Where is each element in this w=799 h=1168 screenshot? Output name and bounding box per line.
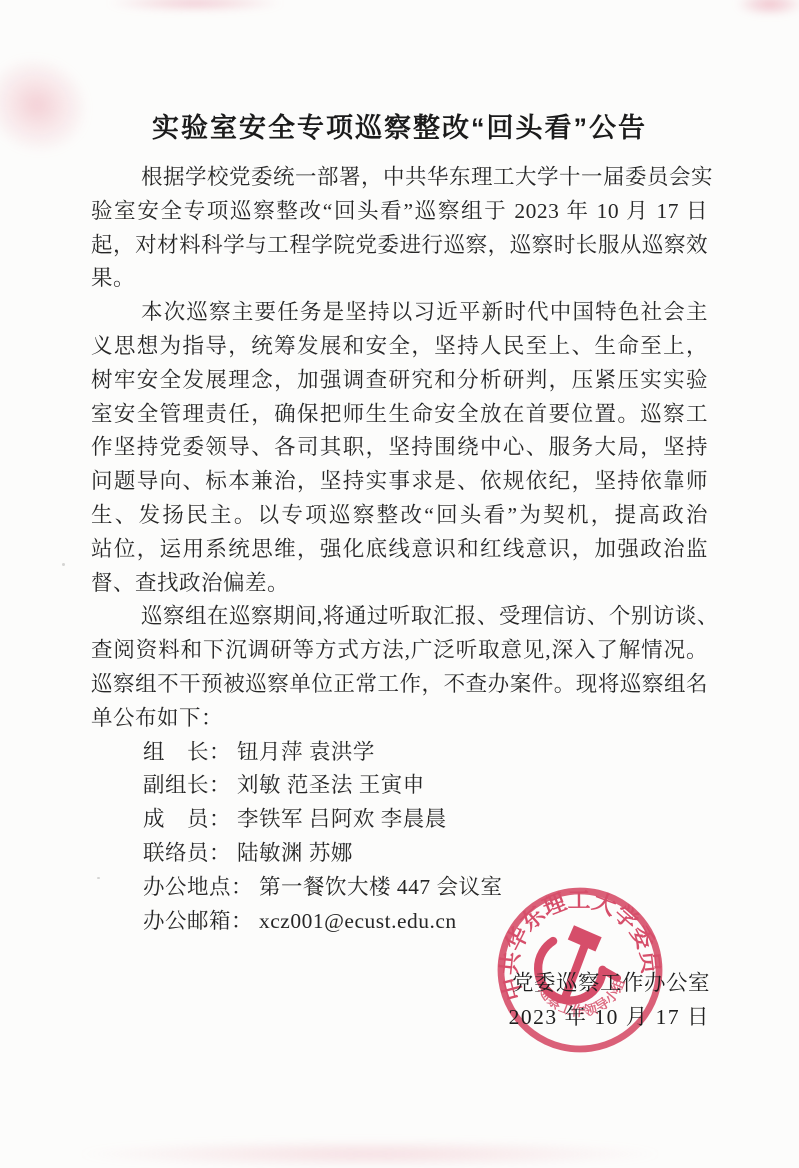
scan-smudge	[0, 36, 108, 173]
roster-value: 李铁军 吕阿欢 李晨晨	[237, 807, 447, 831]
body-line: 巡察组在巡察期间,将通过听取汇报、受理信访、个别访谈、	[91, 600, 708, 634]
document-body: 根据学校党委统一部署，中共华东理工大学十一届委员会实 验室安全专项巡察整改“回头…	[91, 161, 708, 938]
body-line: 根据学校党委统一部署，中共华东理工大学十一届委员会实	[91, 161, 708, 195]
roster-label: 副组长：	[143, 773, 231, 797]
roster-value: 陆敏渊 苏娜	[237, 841, 353, 865]
signature-date: 2023 年 10 月 17 日	[509, 1000, 710, 1034]
body-line: 果。	[91, 262, 708, 296]
roster-label: 组 长：	[143, 740, 231, 764]
roster-row: 成 员：李铁军 吕阿欢 李晨晨	[91, 803, 708, 837]
body-line: 巡察组不干预被巡察单位正常工作，不查办案件。现将巡察组名	[91, 668, 708, 702]
roster-label: 办公邮箱：	[143, 909, 253, 933]
roster-value: 钮月萍 袁洪学	[237, 740, 375, 764]
body-line: 单公布如下：	[91, 702, 708, 736]
signature-block: 党委巡察工作办公室 2023 年 10 月 17 日	[509, 966, 710, 1034]
roster-row: 副组长：刘敏 范圣法 王寅申	[91, 769, 708, 803]
body-line: 问题导向、标本兼治，坚持实事求是、依规依纪，坚持依靠师	[91, 465, 708, 499]
body-line: 站位，运用系统思维，强化底线意识和红线意识，加强政治监	[91, 533, 708, 567]
scan-smudge	[105, 0, 285, 12]
roster-value: xcz001@ecust.edu.cn	[259, 909, 457, 933]
body-line: 起，对材料科学与工程学院党委进行巡察，巡察时长服从巡察效	[91, 229, 708, 263]
roster-label: 成 员：	[143, 807, 231, 831]
signature-office: 党委巡察工作办公室	[509, 966, 710, 1000]
roster-label: 联络员：	[143, 841, 231, 865]
body-line: 本次巡察主要任务是坚持以习近平新时代中国特色社会主	[91, 296, 708, 330]
scan-smudge	[735, 0, 799, 16]
body-line: 查阅资料和下沉调研等方式方法,广泛听取意见,深入了解情况。	[91, 634, 708, 668]
roster-value: 刘敏 范圣法 王寅申	[237, 773, 425, 797]
body-line: 生、发扬民主。以专项巡察整改“回头看”为契机，提高政治	[91, 499, 708, 533]
scanned-document-page: 实验室安全专项巡察整改“回头看”公告 根据学校党委统一部署，中共华东理工大学十一…	[0, 0, 799, 1168]
roster-label: 办公地点：	[143, 875, 253, 899]
body-line: 义思想为指导，统筹发展和安全，坚持人民至上、生命至上，	[91, 330, 708, 364]
body-line: 验室安全专项巡察整改“回头看”巡察组于 2023 年 10 月 17 日	[91, 195, 708, 229]
body-line: 室安全管理责任，确保把师生生命安全放在首要位置。巡察工	[91, 398, 708, 432]
document-title: 实验室安全专项巡察整改“回头看”公告	[91, 110, 708, 146]
body-line: 督、查找政治偏差。	[91, 567, 708, 601]
body-paragraph-lines: 根据学校党委统一部署，中共华东理工大学十一届委员会实 验室安全专项巡察整改“回头…	[91, 161, 708, 736]
roster-row: 组 长：钮月萍 袁洪学	[91, 736, 708, 770]
body-line: 作坚持党委领导、各司其职，坚持围绕中心、服务大局，坚持	[91, 431, 708, 465]
body-line: 树牢安全发展理念，加强调查研究和分析研判，压紧压实实验	[91, 364, 708, 398]
scan-speck	[62, 563, 65, 566]
scan-smudge	[80, 1140, 660, 1168]
